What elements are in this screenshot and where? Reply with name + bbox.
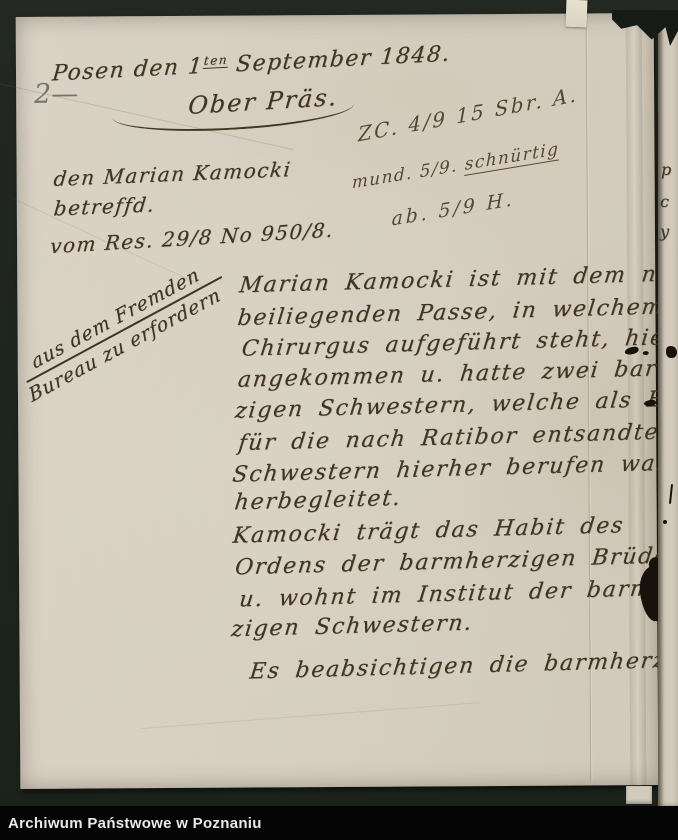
registry-note-line3: ab. 5/9 H. [392, 188, 515, 231]
page-fragment: c [660, 192, 669, 211]
archive-name: Archiwum Państwowe w Poznaniu [0, 815, 262, 832]
ink-smudge [643, 351, 649, 355]
binding-tape [566, 0, 588, 27]
margin-note: aus dem Fremden Bureau zu erfordern [15, 251, 239, 401]
body-line: zigen Schwestern. [230, 611, 474, 643]
ink-smudge [663, 520, 667, 524]
body-line: zigen Schwestern, welche als Ersatz [234, 385, 678, 423]
margin-note-underline [26, 276, 222, 383]
scan-background: 2— Posen den 1ten September 1848. Ober P… [0, 0, 678, 840]
dateline: Posen den 1ten September 1848. [51, 42, 452, 87]
dateline-day: 1 [187, 54, 205, 80]
body-line: Es beabsichtigen die barmherzigen [248, 647, 678, 685]
dateline-place: Posen den [51, 55, 189, 87]
ink-smudge [669, 484, 673, 504]
body-line: beiliegenden Passe, in welchem er als [236, 292, 678, 331]
registry-note-line2-text: mund. 5/9. [352, 155, 465, 194]
neighbor-page-edge: p c y [658, 12, 678, 806]
body-line: Kamocki trägt das Habit des [231, 513, 625, 549]
body-line: Schwestern hierher berufen waren, [231, 450, 678, 488]
page-fragment: p [661, 160, 671, 179]
subject-line2: betreffd. [53, 192, 157, 220]
paper-tab [626, 786, 652, 804]
ink-smudge [666, 346, 677, 358]
paper-crease [140, 702, 479, 729]
registry-note-line2-underlined: schnürtig [465, 139, 560, 176]
body-line: u. wohnt im Institut der barmher- [238, 575, 678, 613]
archive-watermark-bar: Archiwum Państwowe w Poznaniu [0, 806, 678, 840]
registry-note-line1: ZC. 4/9 15 Sbr. A. [358, 82, 578, 147]
body-line: Ordens der barmherzigen Brüder [234, 543, 678, 580]
body-line: herbegleitet. [233, 486, 403, 516]
dateline-ordinal: ten [203, 52, 228, 68]
page-fragment: y [660, 222, 669, 241]
body-line: Marian Kamocki ist mit dem nun [238, 261, 678, 298]
document-page: 2— Posen den 1ten September 1848. Ober P… [16, 13, 659, 789]
dateline-month-year: September 1848. [226, 42, 451, 78]
subject-line1: den Marian Kamocki [53, 157, 293, 191]
body-line: für die nach Ratibor entsandten [237, 419, 677, 456]
body-line: angekommen u. hatte zwei barmher- [237, 354, 678, 392]
registry-note-line2: mund. 5/9. schnürtig [352, 139, 560, 193]
subject-line3: vom Res. 29/8 No 950/8. [49, 218, 335, 259]
recipient-heading: Ober Präs. [187, 83, 339, 120]
